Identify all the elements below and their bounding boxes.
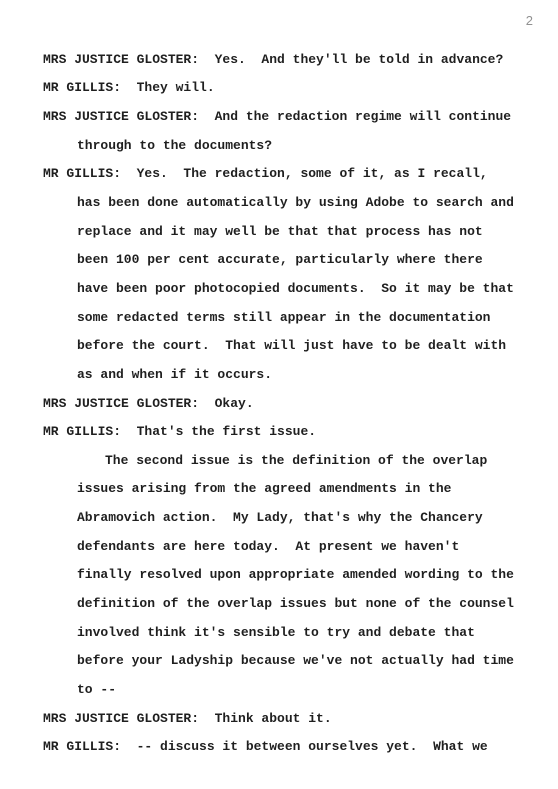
transcript-line: replace and it may well be that that pro… (43, 217, 543, 246)
transcript-line: MR GILLIS: They will. (43, 74, 543, 103)
transcript-line: finally resolved upon appropriate amende… (43, 561, 543, 590)
transcript-page: 2 MRS JUSTICE GLOSTER: Yes. And they'll … (0, 0, 558, 789)
transcript-line: MRS JUSTICE GLOSTER: Yes. And they'll be… (43, 45, 543, 74)
transcript-line: The second issue is the definition of th… (43, 446, 543, 475)
transcript-line: MR GILLIS: That's the first issue. (43, 417, 543, 446)
transcript-line: involved think it's sensible to try and … (43, 618, 543, 647)
transcript-line: MRS JUSTICE GLOSTER: And the redaction r… (43, 102, 543, 131)
page-number: 2 (526, 13, 533, 28)
transcript-line: has been done automatically by using Ado… (43, 188, 543, 217)
transcript-line: through to the documents? (43, 131, 543, 160)
transcript-line: to -- (43, 675, 543, 704)
transcript-body: MRS JUSTICE GLOSTER: Yes. And they'll be… (43, 45, 543, 761)
transcript-line: MRS JUSTICE GLOSTER: Okay. (43, 389, 543, 418)
transcript-line: as and when if it occurs. (43, 360, 543, 389)
transcript-line: before the court. That will just have to… (43, 331, 543, 360)
transcript-line: some redacted terms still appear in the … (43, 303, 543, 332)
transcript-line: MRS JUSTICE GLOSTER: Think about it. (43, 704, 543, 733)
transcript-line: been 100 per cent accurate, particularly… (43, 245, 543, 274)
transcript-line: before your Ladyship because we've not a… (43, 646, 543, 675)
transcript-line: Abramovich action. My Lady, that's why t… (43, 503, 543, 532)
transcript-line: issues arising from the agreed amendment… (43, 475, 543, 504)
transcript-line: MR GILLIS: Yes. The redaction, some of i… (43, 160, 543, 189)
transcript-line: have been poor photocopied documents. So… (43, 274, 543, 303)
transcript-line: definition of the overlap issues but non… (43, 589, 543, 618)
transcript-line: MR GILLIS: -- discuss it between ourselv… (43, 732, 543, 761)
transcript-line: defendants are here today. At present we… (43, 532, 543, 561)
